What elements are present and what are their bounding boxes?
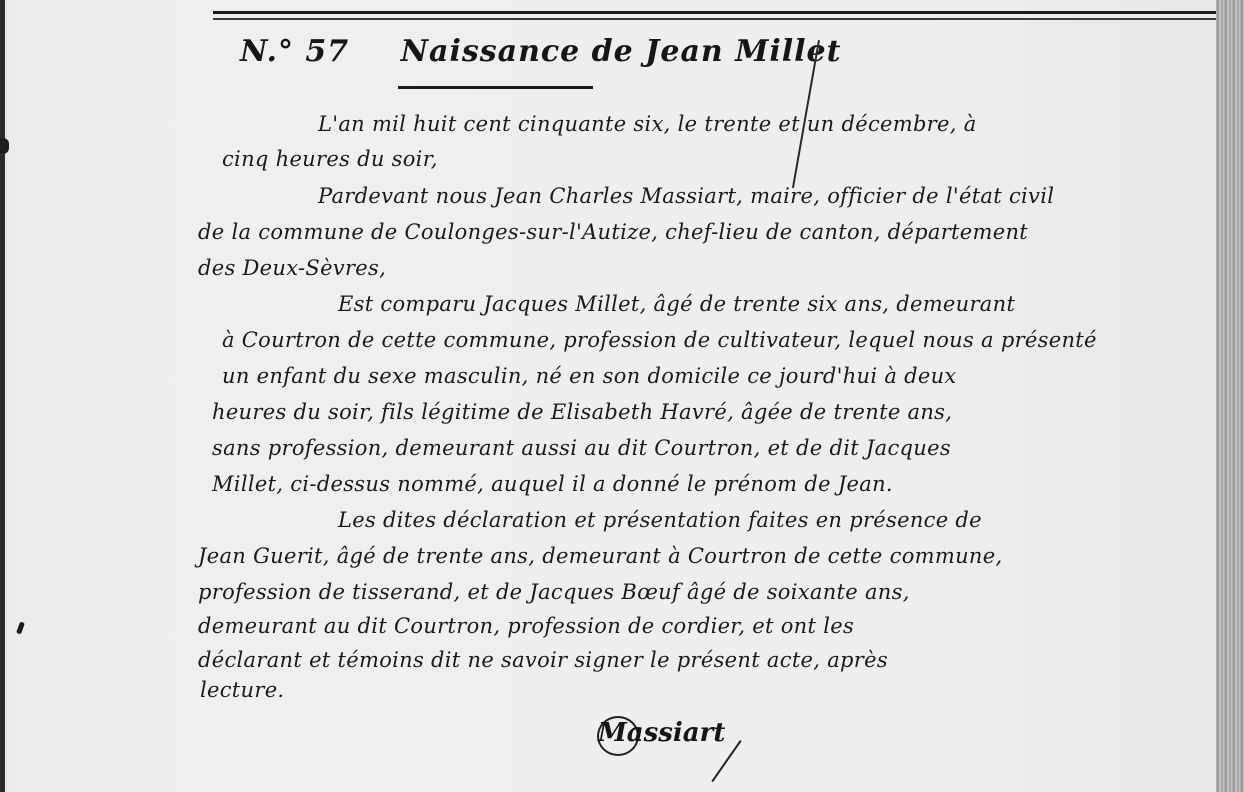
text-line-7: à Courtron de cette commune, profession … xyxy=(222,328,1097,352)
text-line-14: profession de tisserand, et de Jacques B… xyxy=(198,580,910,604)
top-double-rule xyxy=(213,11,1218,20)
text-line-3: Pardevant nous Jean Charles Massiart, ma… xyxy=(318,184,1054,208)
record-number: N.° 57 xyxy=(240,34,349,69)
text-line-9: heures du soir, fils légitime de Elisabe… xyxy=(212,400,952,424)
record-title: Naissance de Jean Millet xyxy=(401,34,842,69)
text-line-1: L'an mil huit cent cinquante six, le tre… xyxy=(318,112,977,136)
page-binding-edge xyxy=(0,0,5,792)
text-line-17: lecture. xyxy=(200,678,284,702)
text-line-10: sans profession, demeurant aussi au dit … xyxy=(212,436,951,460)
mayor-signature: Massiart xyxy=(598,718,725,748)
document-page: N.° 57 Naissance de Jean Millet L'an mil… xyxy=(0,0,1244,792)
margin-ink-mark xyxy=(16,622,25,635)
text-line-15: demeurant au dit Courtron, profession de… xyxy=(198,614,854,638)
text-line-2: cinq heures du soir, xyxy=(222,147,438,171)
binding-notch xyxy=(0,138,9,154)
text-line-11: Millet, ci-dessus nommé, auquel il a don… xyxy=(212,472,893,496)
record-heading: N.° 57 Naissance de Jean Millet xyxy=(240,34,842,69)
text-line-12: Les dites déclaration et présentation fa… xyxy=(338,508,982,532)
text-line-16: déclarant et témoins dit ne savoir signe… xyxy=(198,648,888,672)
heading-underline xyxy=(398,86,593,89)
text-line-5: des Deux-Sèvres, xyxy=(198,256,386,280)
text-line-8: un enfant du sexe masculin, né en son do… xyxy=(222,364,957,388)
page-right-edge xyxy=(1216,0,1244,792)
text-line-6: Est comparu Jacques Millet, âgé de trent… xyxy=(338,292,1015,316)
text-line-4: de la commune de Coulonges-sur-l'Autize,… xyxy=(198,220,1028,244)
text-line-13: Jean Guerit, âgé de trente ans, demeuran… xyxy=(198,544,1002,568)
